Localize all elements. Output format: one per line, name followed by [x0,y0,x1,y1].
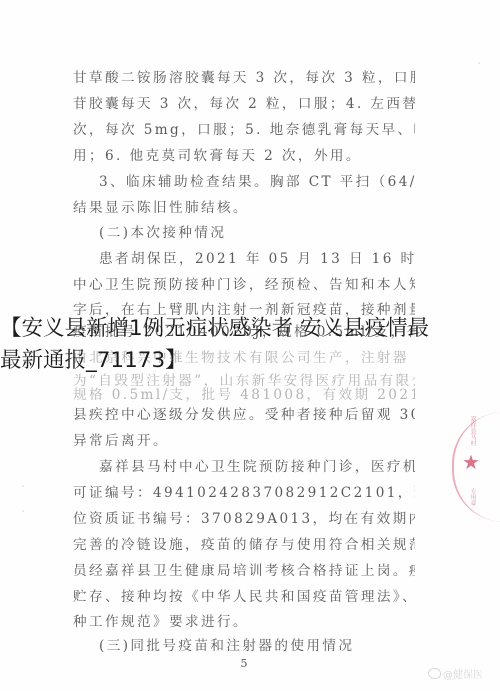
section-heading: (三)同批号疫苗和注射器的使用情况 [99,635,415,657]
section-heading: (二)本次接种情况 [99,222,415,244]
document-line: 苷胶囊每天 3 次，每次 2 粒，口服；4. 左西替利嗪片每晚一 [73,93,415,115]
scan-speck [22,485,24,487]
scan-speck [478,62,480,64]
document-line: 嘉祥县马村中心卫生院预防接种门诊，医疗机构执业许 [99,456,415,478]
title-line-1: 【安义县新增1例无症状感染者 安义县疫情最 [0,313,500,345]
document-line: 结果显示陈旧性肺结核。 [73,197,415,219]
stamp-text-bottom: 专用章 [462,488,476,506]
weibo-watermark: @健保医 [428,665,500,681]
scan-speck [22,510,24,512]
document-line: 异常后离开。 [73,430,415,452]
weibo-icon [428,668,441,679]
stamp-text-top: 嘉祥县马村 [462,416,476,446]
article-title-overlay[interactable]: 【安义县新增1例无症状感染者 安义县疫情最 最新通报_71173】 [0,313,500,377]
document-line: 贮存、接种均按《中华人民共和国疫苗管理法》、《预防接 [73,586,415,608]
document-line: 完善的冷链设施，疫苗的储存与使用符合相关规范。接种人 [73,534,415,556]
document-line: 中心卫生院预防接种门诊，经预检、告知和本人知情同意签 [73,274,415,296]
title-line-2: 最新通报_71173】 [0,345,500,377]
document-line-obscured: 规格 0.5ml/支，批号 481008，有效期 202110，为省、市、 [73,384,415,406]
stamp-star-icon: ★ [462,452,482,472]
document-line: 县疾控中心逐级分发供应。受种者接种后留观 30 分钟，无 [73,404,415,426]
document-line: 可证编号：49410242837082912C2101，预防接种门诊接种单 [73,482,415,504]
document-line: 甘草酸二铵肠溶胶囊每天 3 次，每次 3 粒，口服；3. 白芍总 [73,67,415,89]
document-line: 员经嘉祥县卫生健康局培训考核合格持证上岗。疫苗运输、 [73,560,415,582]
page-number: 5 [238,657,250,670]
document-line: 患者胡保臣，2021 年 05 月 13 日 16 时，在嘉祥县马村 [99,248,415,270]
document-line: 位资质证书编号：370829A013，均在有效期内。接种门诊有 [73,508,415,530]
document-line: 次，每次 5mg，口服；5. 地奈德乳膏每天早、晚各一次，外 [73,119,415,141]
watermark-text: @健保医 [443,666,483,681]
document-line: 用；6. 他克莫司软膏每天 2 次，外用。 [73,145,415,167]
section-heading: 3、临床辅助检查结果。胸部 CT 平扫（64/128 曾 CT）： [99,171,415,193]
document-line: 种工作规范》要求进行。 [73,611,415,633]
